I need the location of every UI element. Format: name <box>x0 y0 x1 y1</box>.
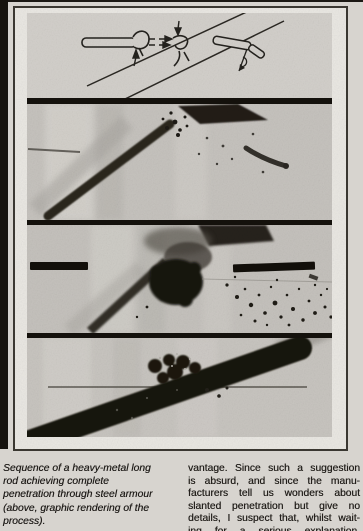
article-text-column: vantage. Since such a suggestion is absu… <box>188 463 360 531</box>
article-line: is absurd, and since the manu- <box>188 476 360 489</box>
graphic-rendering-diagram <box>27 13 332 98</box>
penetration-photo-2 <box>27 225 332 333</box>
scan-left-black-bar <box>0 0 8 449</box>
caption-line: rod achieving complete <box>3 475 180 488</box>
caption-line: process). <box>3 515 180 528</box>
article-line: vantage. Since such a suggestion <box>188 463 360 476</box>
caption-line: (above, graphic rendering of the <box>3 502 180 515</box>
scan-top-edge <box>0 0 363 2</box>
article-line: details, I suspect that, whilst wait- <box>188 513 360 526</box>
left-reference-bar <box>30 262 88 270</box>
figure-caption: Sequence of a heavy-metal long rod achie… <box>3 462 180 528</box>
figure-frame <box>13 6 348 451</box>
article-line: facturers tell us wonders about <box>188 488 360 501</box>
caption-line: penetration through steel armour <box>3 488 180 501</box>
penetration-photo-3 <box>27 338 332 437</box>
magazine-page: Sequence of a heavy-metal long rod achie… <box>0 0 363 531</box>
article-line: slanted penetration but give no <box>188 501 360 514</box>
penetration-photo-1 <box>27 104 332 220</box>
article-line: ing for a serious explanation, <box>188 526 360 531</box>
caption-line: Sequence of a heavy-metal long <box>3 462 180 475</box>
